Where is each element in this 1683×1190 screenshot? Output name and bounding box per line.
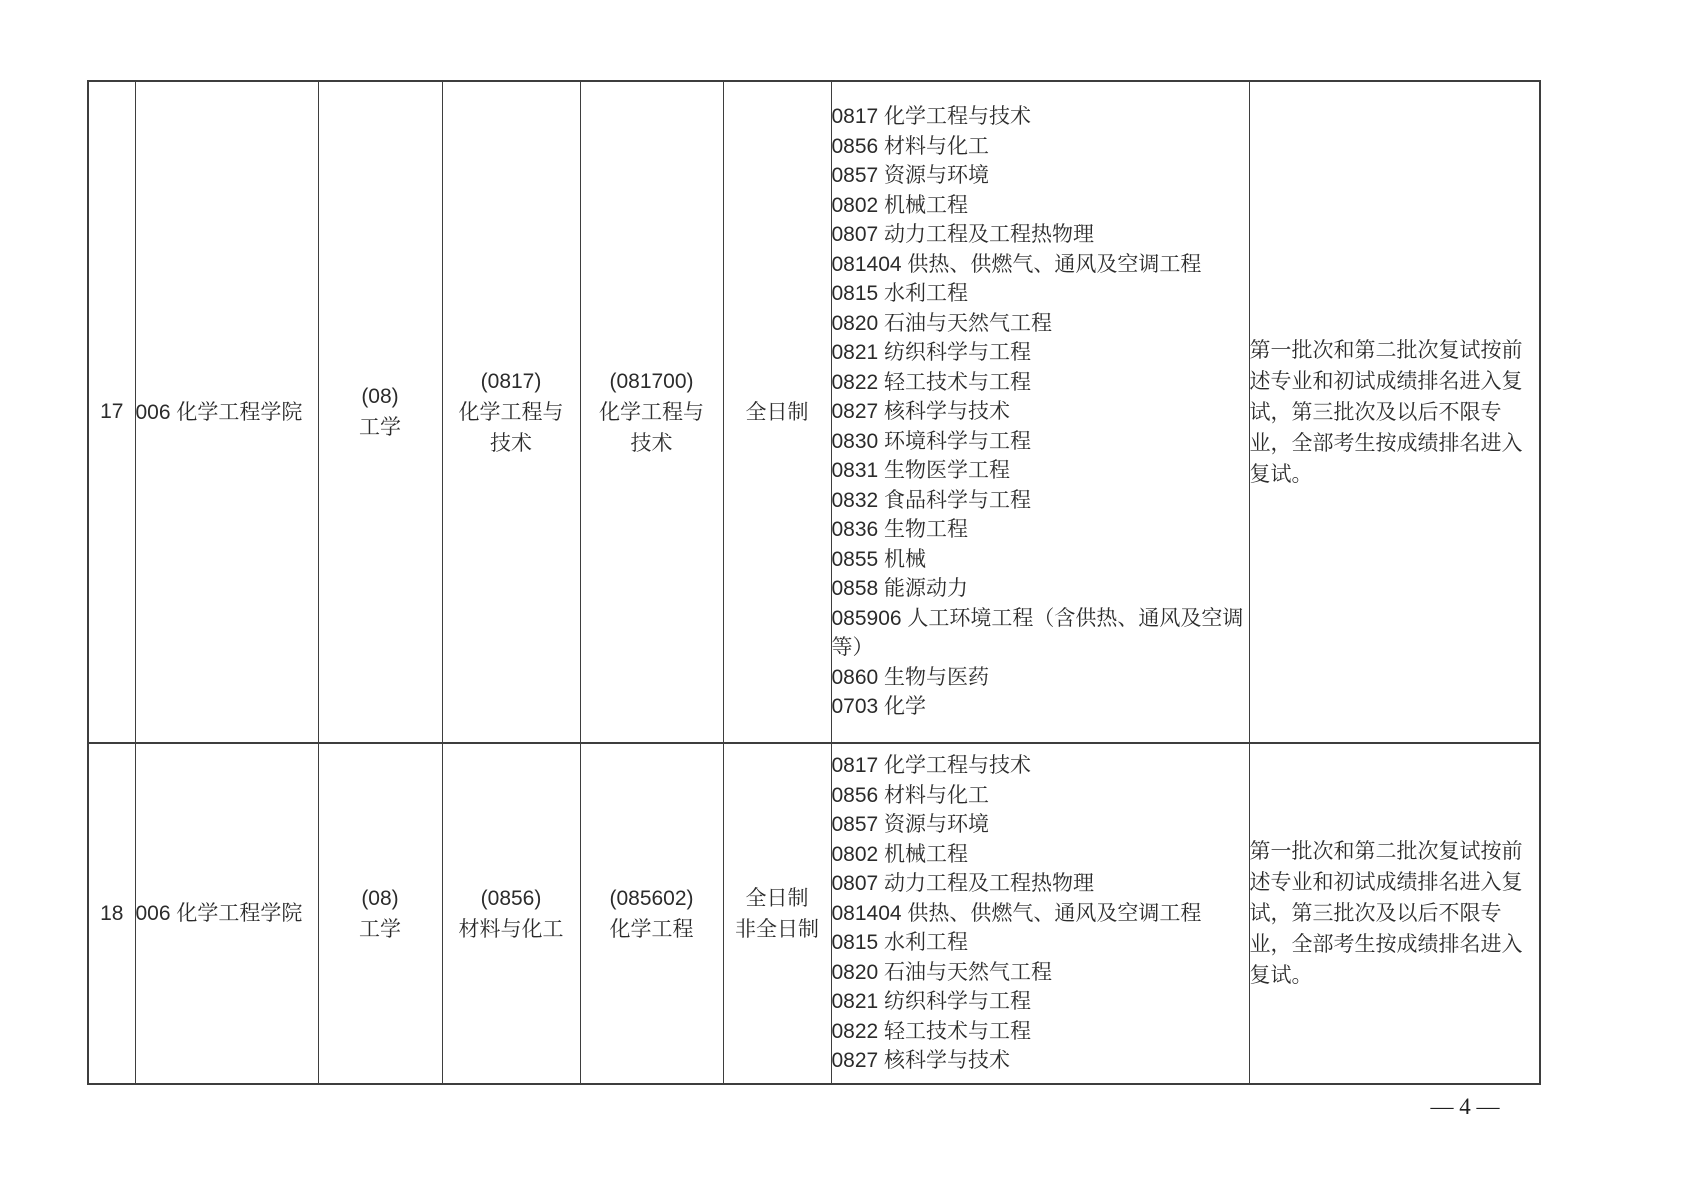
major-list-item: 0703 化学 xyxy=(832,692,1249,722)
major-code-line: 化学工程与 xyxy=(581,397,723,428)
discipline-line: 材料与化工 xyxy=(443,914,580,945)
degree-category-line: 工学 xyxy=(319,412,442,443)
college-cell: 006 化学工程学院 xyxy=(135,743,318,1084)
discipline-cell: (0856)材料与化工 xyxy=(442,743,580,1084)
major-list-item: 0827 核科学与技术 xyxy=(832,397,1249,427)
major-list-item: 0817 化学工程与技术 xyxy=(832,102,1249,132)
major-code-line: (085602) xyxy=(581,883,723,914)
table-body: 17 006 化学工程学院 (08)工学 (0817)化学工程与技术 (0817… xyxy=(88,81,1540,1084)
study-mode-line: 全日制 xyxy=(724,883,831,914)
major-list-item: 0856 材料与化工 xyxy=(832,132,1249,162)
retest-notes-cell: 第一批次和第二批次复试按前述专业和初试成绩排名进入复试，第三批次及以后不限专业，… xyxy=(1249,743,1540,1084)
study-mode-line: 非全日制 xyxy=(724,914,831,945)
major-list-item: 0832 食品科学与工程 xyxy=(832,486,1249,516)
discipline-line: (0817) xyxy=(443,366,580,397)
major-list-item: 0820 石油与天然气工程 xyxy=(832,958,1249,988)
major-list-item: 0807 动力工程及工程热物理 xyxy=(832,220,1249,250)
major-list-item: 0821 纺织科学与工程 xyxy=(832,338,1249,368)
major-code-line: (081700) xyxy=(581,366,723,397)
major-list-item: 0836 生物工程 xyxy=(832,515,1249,545)
study-mode-cell: 全日制非全日制 xyxy=(723,743,831,1084)
major-list-item: 081404 供热、供燃气、通风及空调工程 xyxy=(832,899,1249,929)
major-list-item: 0815 水利工程 xyxy=(832,928,1249,958)
major-list-item: 0831 生物医学工程 xyxy=(832,456,1249,486)
major-list-item: 0858 能源动力 xyxy=(832,574,1249,604)
accepted-majors-cell: 0817 化学工程与技术0856 材料与化工0857 资源与环境0802 机械工… xyxy=(831,743,1249,1084)
major-code-line: 技术 xyxy=(581,428,723,459)
row-number-cell: 17 xyxy=(88,81,135,743)
admissions-table: 17 006 化学工程学院 (08)工学 (0817)化学工程与技术 (0817… xyxy=(87,80,1541,1085)
major-list-item: 0821 纺织科学与工程 xyxy=(832,987,1249,1017)
major-list-item: 0827 核科学与技术 xyxy=(832,1046,1249,1076)
major-list-item: 0817 化学工程与技术 xyxy=(832,751,1249,781)
major-list-item: 0857 资源与环境 xyxy=(832,161,1249,191)
major-list-item: 081404 供热、供燃气、通风及空调工程 xyxy=(832,250,1249,280)
major-code-cell: (085602)化学工程 xyxy=(580,743,723,1084)
discipline-line: 技术 xyxy=(443,428,580,459)
degree-category-cell: (08)工学 xyxy=(318,743,442,1084)
degree-category-line: 工学 xyxy=(319,914,442,945)
major-code-line: 化学工程 xyxy=(581,914,723,945)
major-list-item: 0860 生物与医药 xyxy=(832,663,1249,693)
degree-category-line: (08) xyxy=(319,883,442,914)
row-number-cell: 18 xyxy=(88,743,135,1084)
major-list-item: 0855 机械 xyxy=(832,545,1249,575)
accepted-majors-cell: 0817 化学工程与技术0856 材料与化工0857 资源与环境0802 机械工… xyxy=(831,81,1249,743)
page-number: — 4 — xyxy=(1400,1094,1530,1120)
major-code-cell: (081700)化学工程与技术 xyxy=(580,81,723,743)
table-row: 17 006 化学工程学院 (08)工学 (0817)化学工程与技术 (0817… xyxy=(88,81,1540,743)
document-page: 17 006 化学工程学院 (08)工学 (0817)化学工程与技术 (0817… xyxy=(0,0,1683,1190)
major-list-item: 0815 水利工程 xyxy=(832,279,1249,309)
study-mode-cell: 全日制 xyxy=(723,81,831,743)
major-list-item: 0857 资源与环境 xyxy=(832,810,1249,840)
major-list-item: 0802 机械工程 xyxy=(832,191,1249,221)
major-list-item: 0830 环境科学与工程 xyxy=(832,427,1249,457)
major-list-item: 0822 轻工技术与工程 xyxy=(832,1017,1249,1047)
major-list-item: 0822 轻工技术与工程 xyxy=(832,368,1249,398)
major-list-item: 0802 机械工程 xyxy=(832,840,1249,870)
discipline-cell: (0817)化学工程与技术 xyxy=(442,81,580,743)
table-row: 18 006 化学工程学院 (08)工学 (0856)材料与化工 (085602… xyxy=(88,743,1540,1084)
study-mode-line: 全日制 xyxy=(724,397,831,428)
discipline-line: (0856) xyxy=(443,883,580,914)
college-cell: 006 化学工程学院 xyxy=(135,81,318,743)
major-list-item: 0807 动力工程及工程热物理 xyxy=(832,869,1249,899)
major-list-item: 0820 石油与天然气工程 xyxy=(832,309,1249,339)
major-list-item: 0856 材料与化工 xyxy=(832,781,1249,811)
degree-category-line: (08) xyxy=(319,381,442,412)
discipline-line: 化学工程与 xyxy=(443,397,580,428)
major-list-item: 085906 人工环境工程（含供热、通风及空调等） xyxy=(832,604,1249,663)
retest-notes-cell: 第一批次和第二批次复试按前述专业和初试成绩排名进入复试，第三批次及以后不限专业，… xyxy=(1249,81,1540,743)
degree-category-cell: (08)工学 xyxy=(318,81,442,743)
